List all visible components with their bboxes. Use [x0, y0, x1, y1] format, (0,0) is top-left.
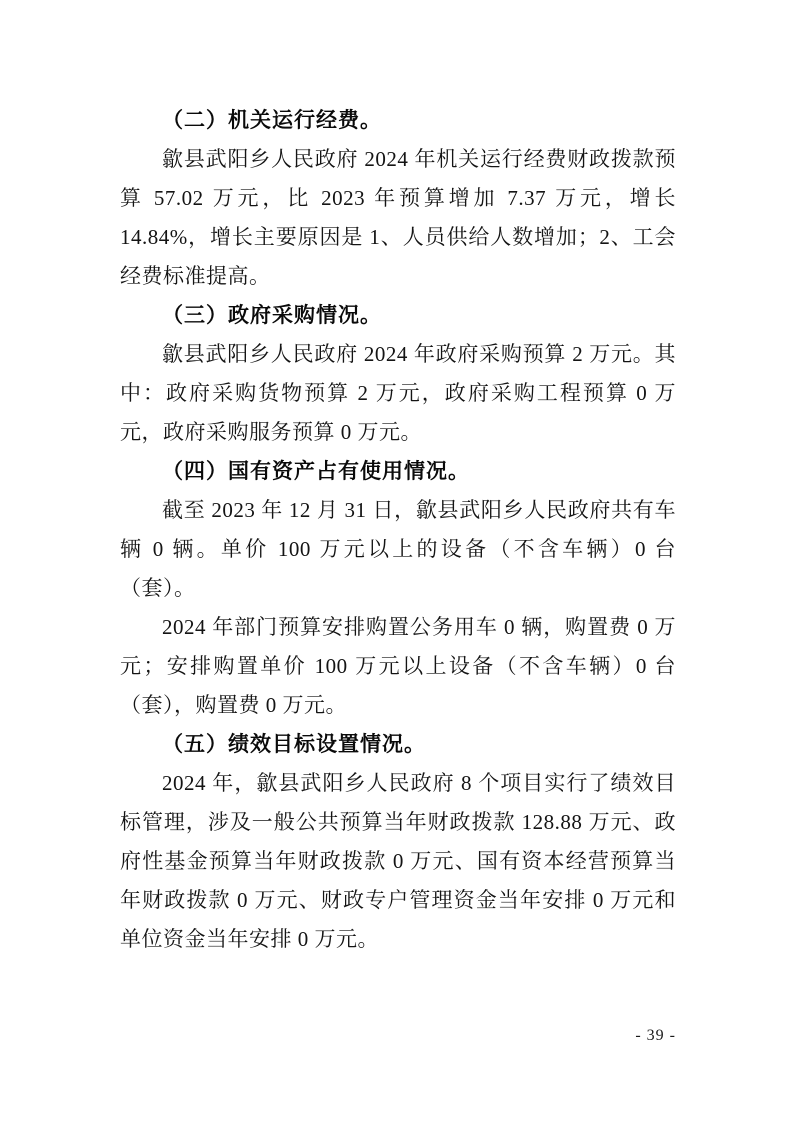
section-heading-performance-targets: （五）绩效目标设置情况。 [120, 725, 676, 764]
paragraph-state-owned-assets-2: 2024 年部门预算安排购置公务用车 0 辆，购置费 0 万元；安排购置单价 1… [120, 608, 676, 725]
document-page: （二）机关运行经费。 歙县武阳乡人民政府 2024 年机关运行经费财政拨款预算 … [0, 0, 793, 1122]
paragraph-performance-targets: 2024 年，歙县武阳乡人民政府 8 个项目实行了绩效目标管理，涉及一般公共预算… [120, 764, 676, 959]
page-number: - 39 - [120, 1026, 676, 1046]
section-heading-government-procurement: （三）政府采购情况。 [120, 296, 676, 335]
document-body: （二）机关运行经费。 歙县武阳乡人民政府 2024 年机关运行经费财政拨款预算 … [120, 101, 676, 959]
section-heading-state-owned-assets: （四）国有资产占有使用情况。 [120, 452, 676, 491]
section-heading-operating-expenses: （二）机关运行经费。 [120, 101, 676, 140]
paragraph-operating-expenses: 歙县武阳乡人民政府 2024 年机关运行经费财政拨款预算 57.02 万元，比 … [120, 140, 676, 296]
paragraph-government-procurement: 歙县武阳乡人民政府 2024 年政府采购预算 2 万元。其中：政府采购货物预算 … [120, 335, 676, 452]
paragraph-state-owned-assets-1: 截至 2023 年 12 月 31 日，歙县武阳乡人民政府共有车辆 0 辆。单价… [120, 491, 676, 608]
